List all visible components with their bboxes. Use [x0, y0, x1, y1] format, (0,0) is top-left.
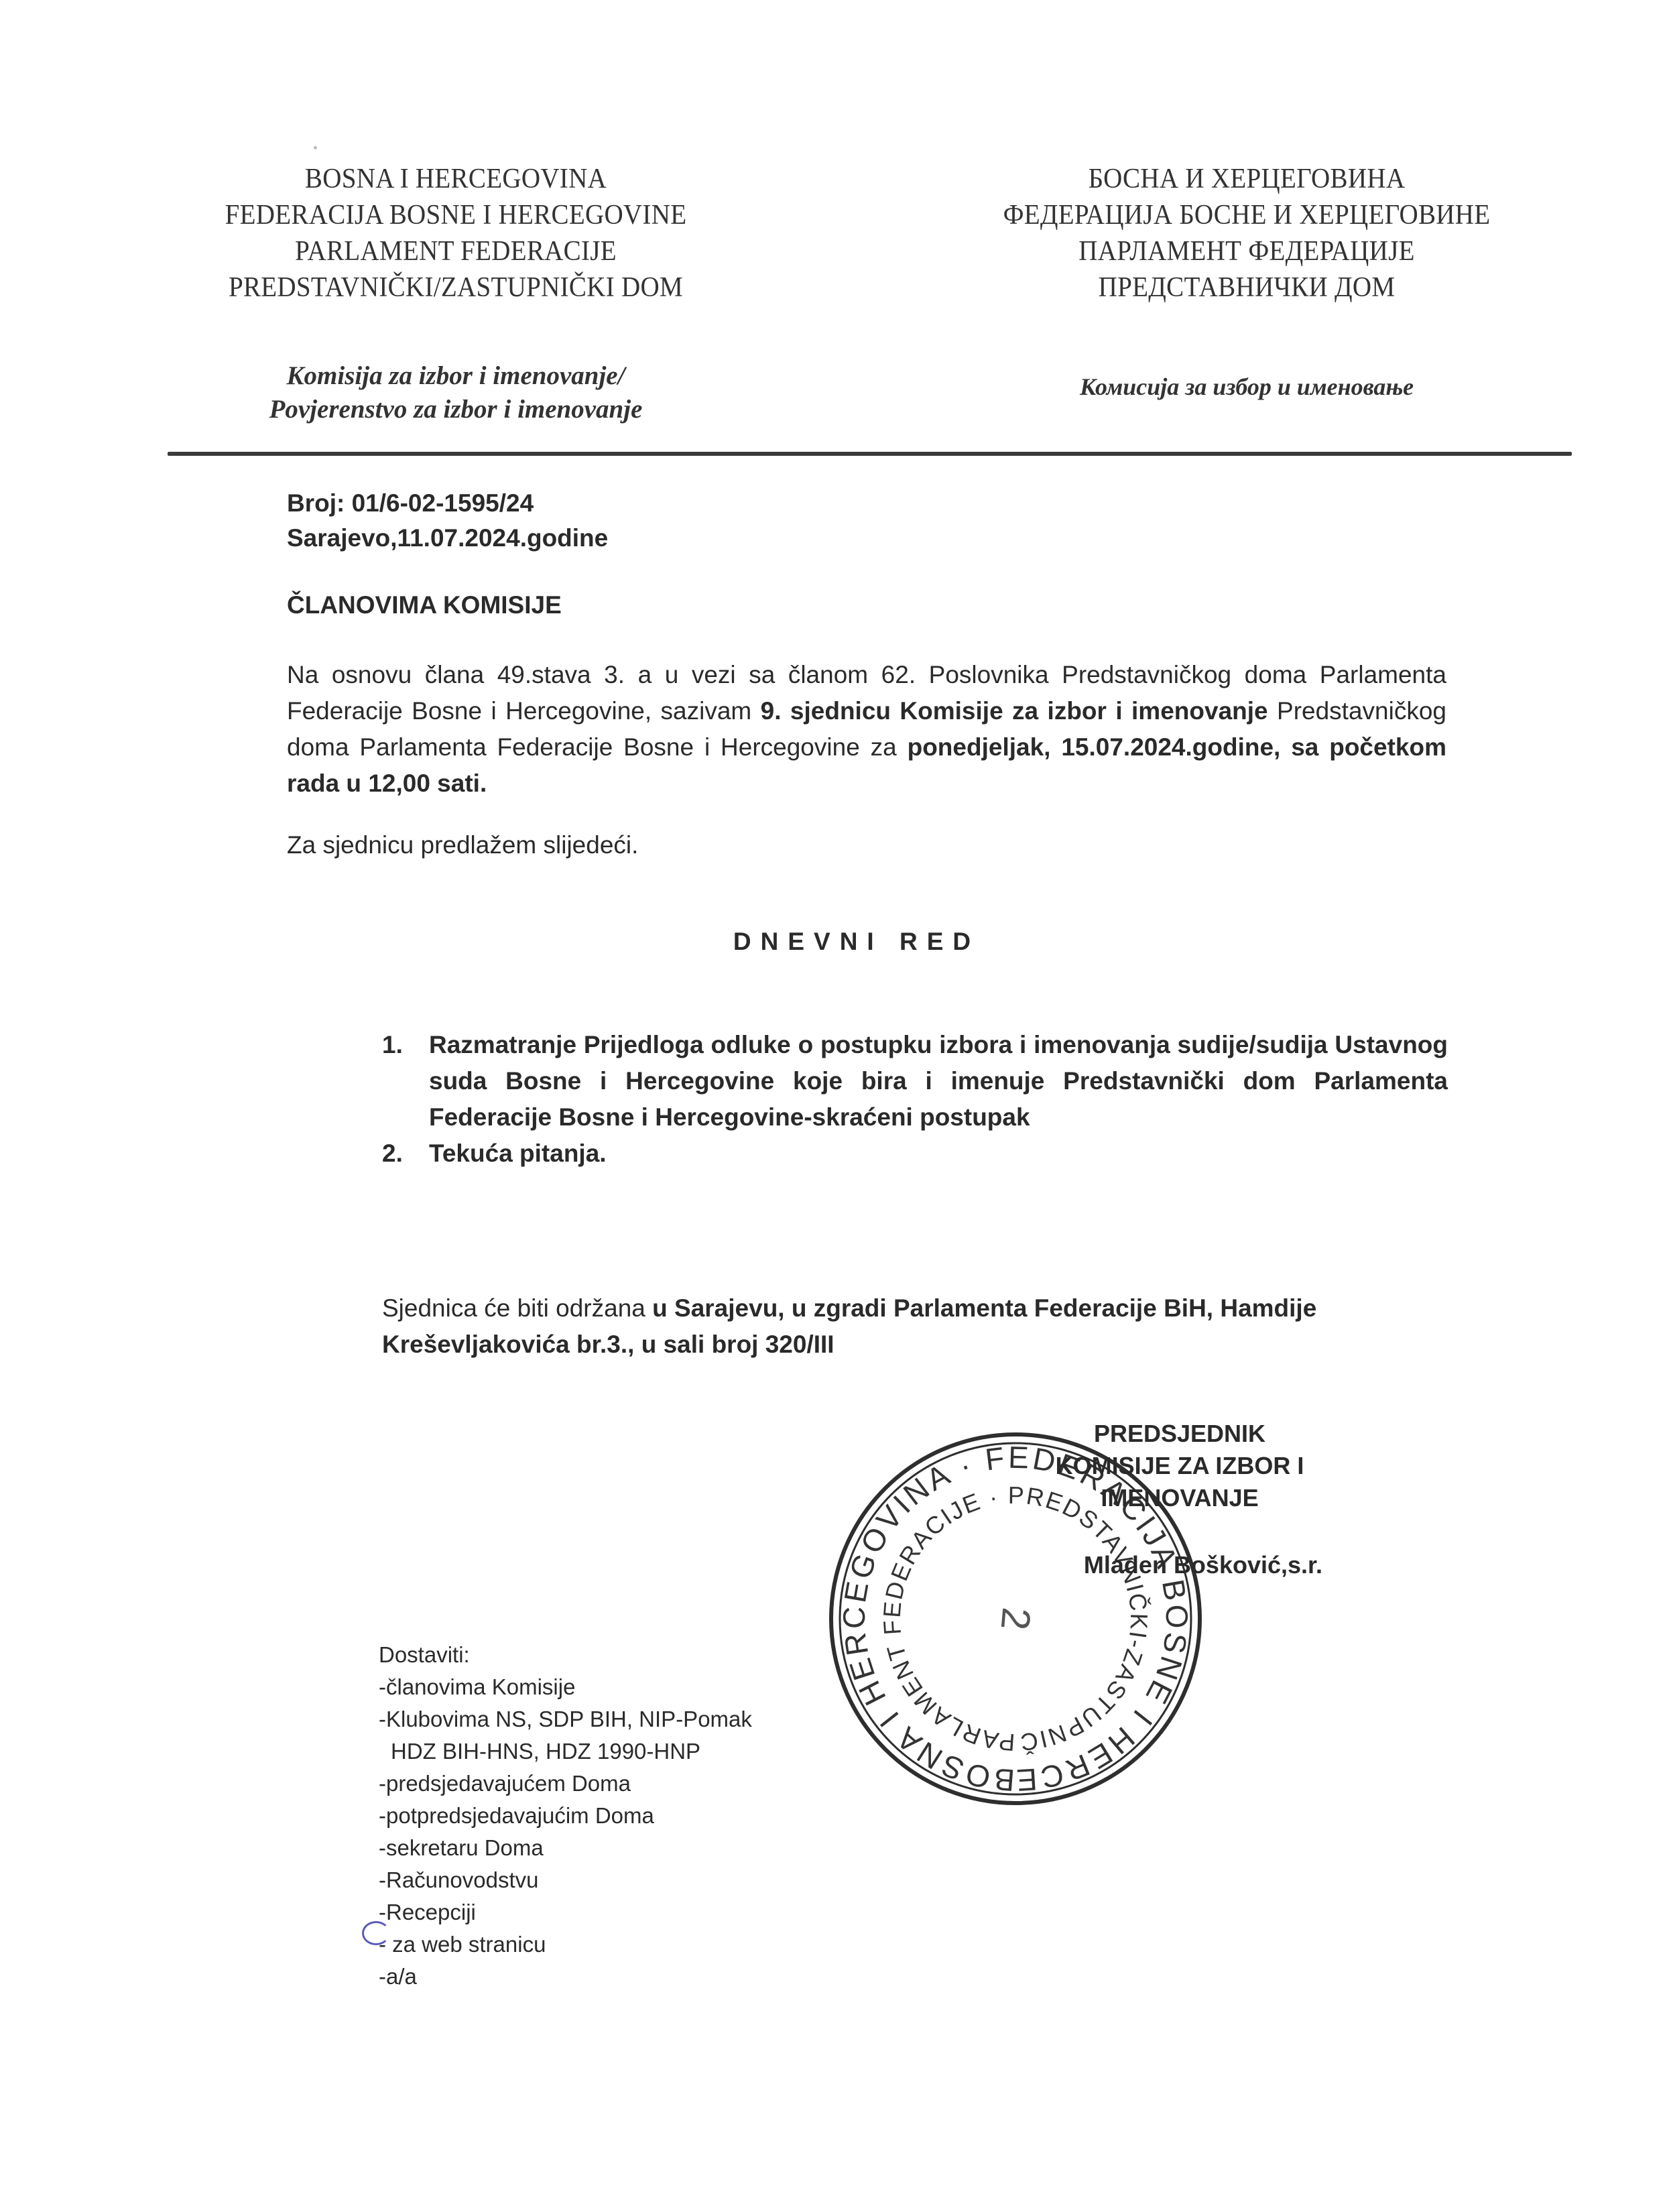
header-commission-cyrillic: Комисија за избор и именовање	[912, 370, 1582, 404]
agenda-item: 2. Tekuća pitanja.	[382, 1135, 1448, 1172]
distribution-item: - za web stranicu	[379, 1928, 752, 1961]
signature-title-1: PREDSJEDNIK	[1005, 1418, 1354, 1450]
agenda-item: 1. Razmatranje Prijedloga odluke o postu…	[382, 1027, 1448, 1135]
signature-block: PREDSJEDNIK KOMISIJE ZA IZBOR I IMENOVAN…	[1005, 1418, 1354, 1581]
agenda-item-text: Razmatranje Prijedloga odluke o postupku…	[429, 1031, 1448, 1131]
scan-speck	[314, 146, 317, 149]
distribution-item: -a/a	[379, 1961, 752, 1993]
signature-title-3: IMENOVANJE	[1005, 1482, 1354, 1514]
signatory-name: Mladen Bošković,s.r.	[1005, 1549, 1354, 1581]
distribution-item: -Računovodstvu	[379, 1864, 752, 1896]
header-divider	[168, 452, 1572, 456]
commission-name-1: Komisija za izbor i imenovanje/	[154, 359, 757, 393]
distribution-item: -sekretaru Doma	[379, 1832, 752, 1864]
header-parliament: PARLAMENT FEDERACIJE	[176, 233, 737, 269]
document-place-date: Sarajevo,11.07.2024.godine	[287, 521, 608, 556]
distribution-title: Dostaviti:	[379, 1639, 752, 1671]
signature-title-2: KOMISIJE ZA IZBOR I	[1005, 1450, 1354, 1482]
document-number: Broj: 01/6-02-1595/24	[287, 486, 608, 521]
pen-circle-mark-icon	[362, 1921, 390, 1945]
agenda-list: 1. Razmatranje Prijedloga odluke o postu…	[382, 1027, 1448, 1172]
distribution-list: Dostaviti: -članovima Komisije -Klubovim…	[379, 1639, 752, 1993]
header-country: BOSNA I HERCEGOVINA	[176, 161, 737, 197]
header-country-cyr: БОСНА И ХЕРЦЕГОВИНА	[935, 161, 1558, 197]
agenda-item-number: 2.	[382, 1135, 403, 1172]
intro-session: 9. sjednicu Komisije za izbor i imenovan…	[761, 697, 1268, 725]
header-federation: FEDERACIJA BOSNE I HERCEGOVINE	[176, 197, 737, 233]
distribution-item: -Klubovima NS, SDP BIH, NIP-Pomak	[379, 1703, 752, 1735]
header-cyrillic: БОСНА И ХЕРЦЕГОВИНА ФЕДЕРАЦИЈА БОСНЕ И Х…	[912, 161, 1582, 404]
header-federation-cyr: ФЕДЕРАЦИЈА БОСНЕ И ХЕРЦЕГОВИНЕ	[935, 197, 1558, 233]
commission-name-2: Povjerenstvo za izbor i imenovanje	[154, 393, 757, 426]
document-meta: Broj: 01/6-02-1595/24 Sarajevo,11.07.202…	[287, 486, 608, 556]
proposal-line: Za sjednicu predlažem slijedeći.	[287, 831, 638, 859]
location-text: Sjednica će biti održana	[382, 1294, 652, 1322]
distribution-item: HDZ BIH-HNS, HDZ 1990-HNP	[379, 1735, 752, 1768]
header-house: PREDSTAVNIČKI/ZASTUPNIČKI DOM	[176, 269, 737, 306]
header-commission-latin: Komisija za izbor i imenovanje/ Povjeren…	[154, 359, 757, 426]
distribution-item: -potpredsjedavajućim Doma	[379, 1800, 752, 1832]
agenda-item-text: Tekuća pitanja.	[429, 1140, 607, 1167]
distribution-item: -članovima Komisije	[379, 1671, 752, 1703]
header-house-cyr: ПРЕДСТАВНИЧКИ ДОМ	[935, 269, 1558, 306]
header-latin: BOSNA I HERCEGOVINA FEDERACIJA BOSNE I H…	[154, 161, 757, 426]
header-parliament-cyr: ПАРЛАМЕНТ ФЕДЕРАЦИЈЕ	[935, 233, 1558, 269]
agenda-title: DNEVNI RED	[0, 928, 1673, 956]
addressee: ČLANOVIMA KOMISIJE	[287, 591, 562, 619]
agenda-item-number: 1.	[382, 1027, 403, 1063]
distribution-item: -Recepciji	[379, 1896, 752, 1928]
svg-text:2: 2	[993, 1605, 1040, 1632]
intro-paragraph: Na osnovu člana 49.stava 3. a u vezi sa …	[287, 657, 1446, 802]
session-location: Sjednica će biti održana u Sarajevu, u z…	[382, 1290, 1448, 1363]
distribution-item: -predsjedavajućem Doma	[379, 1768, 752, 1800]
